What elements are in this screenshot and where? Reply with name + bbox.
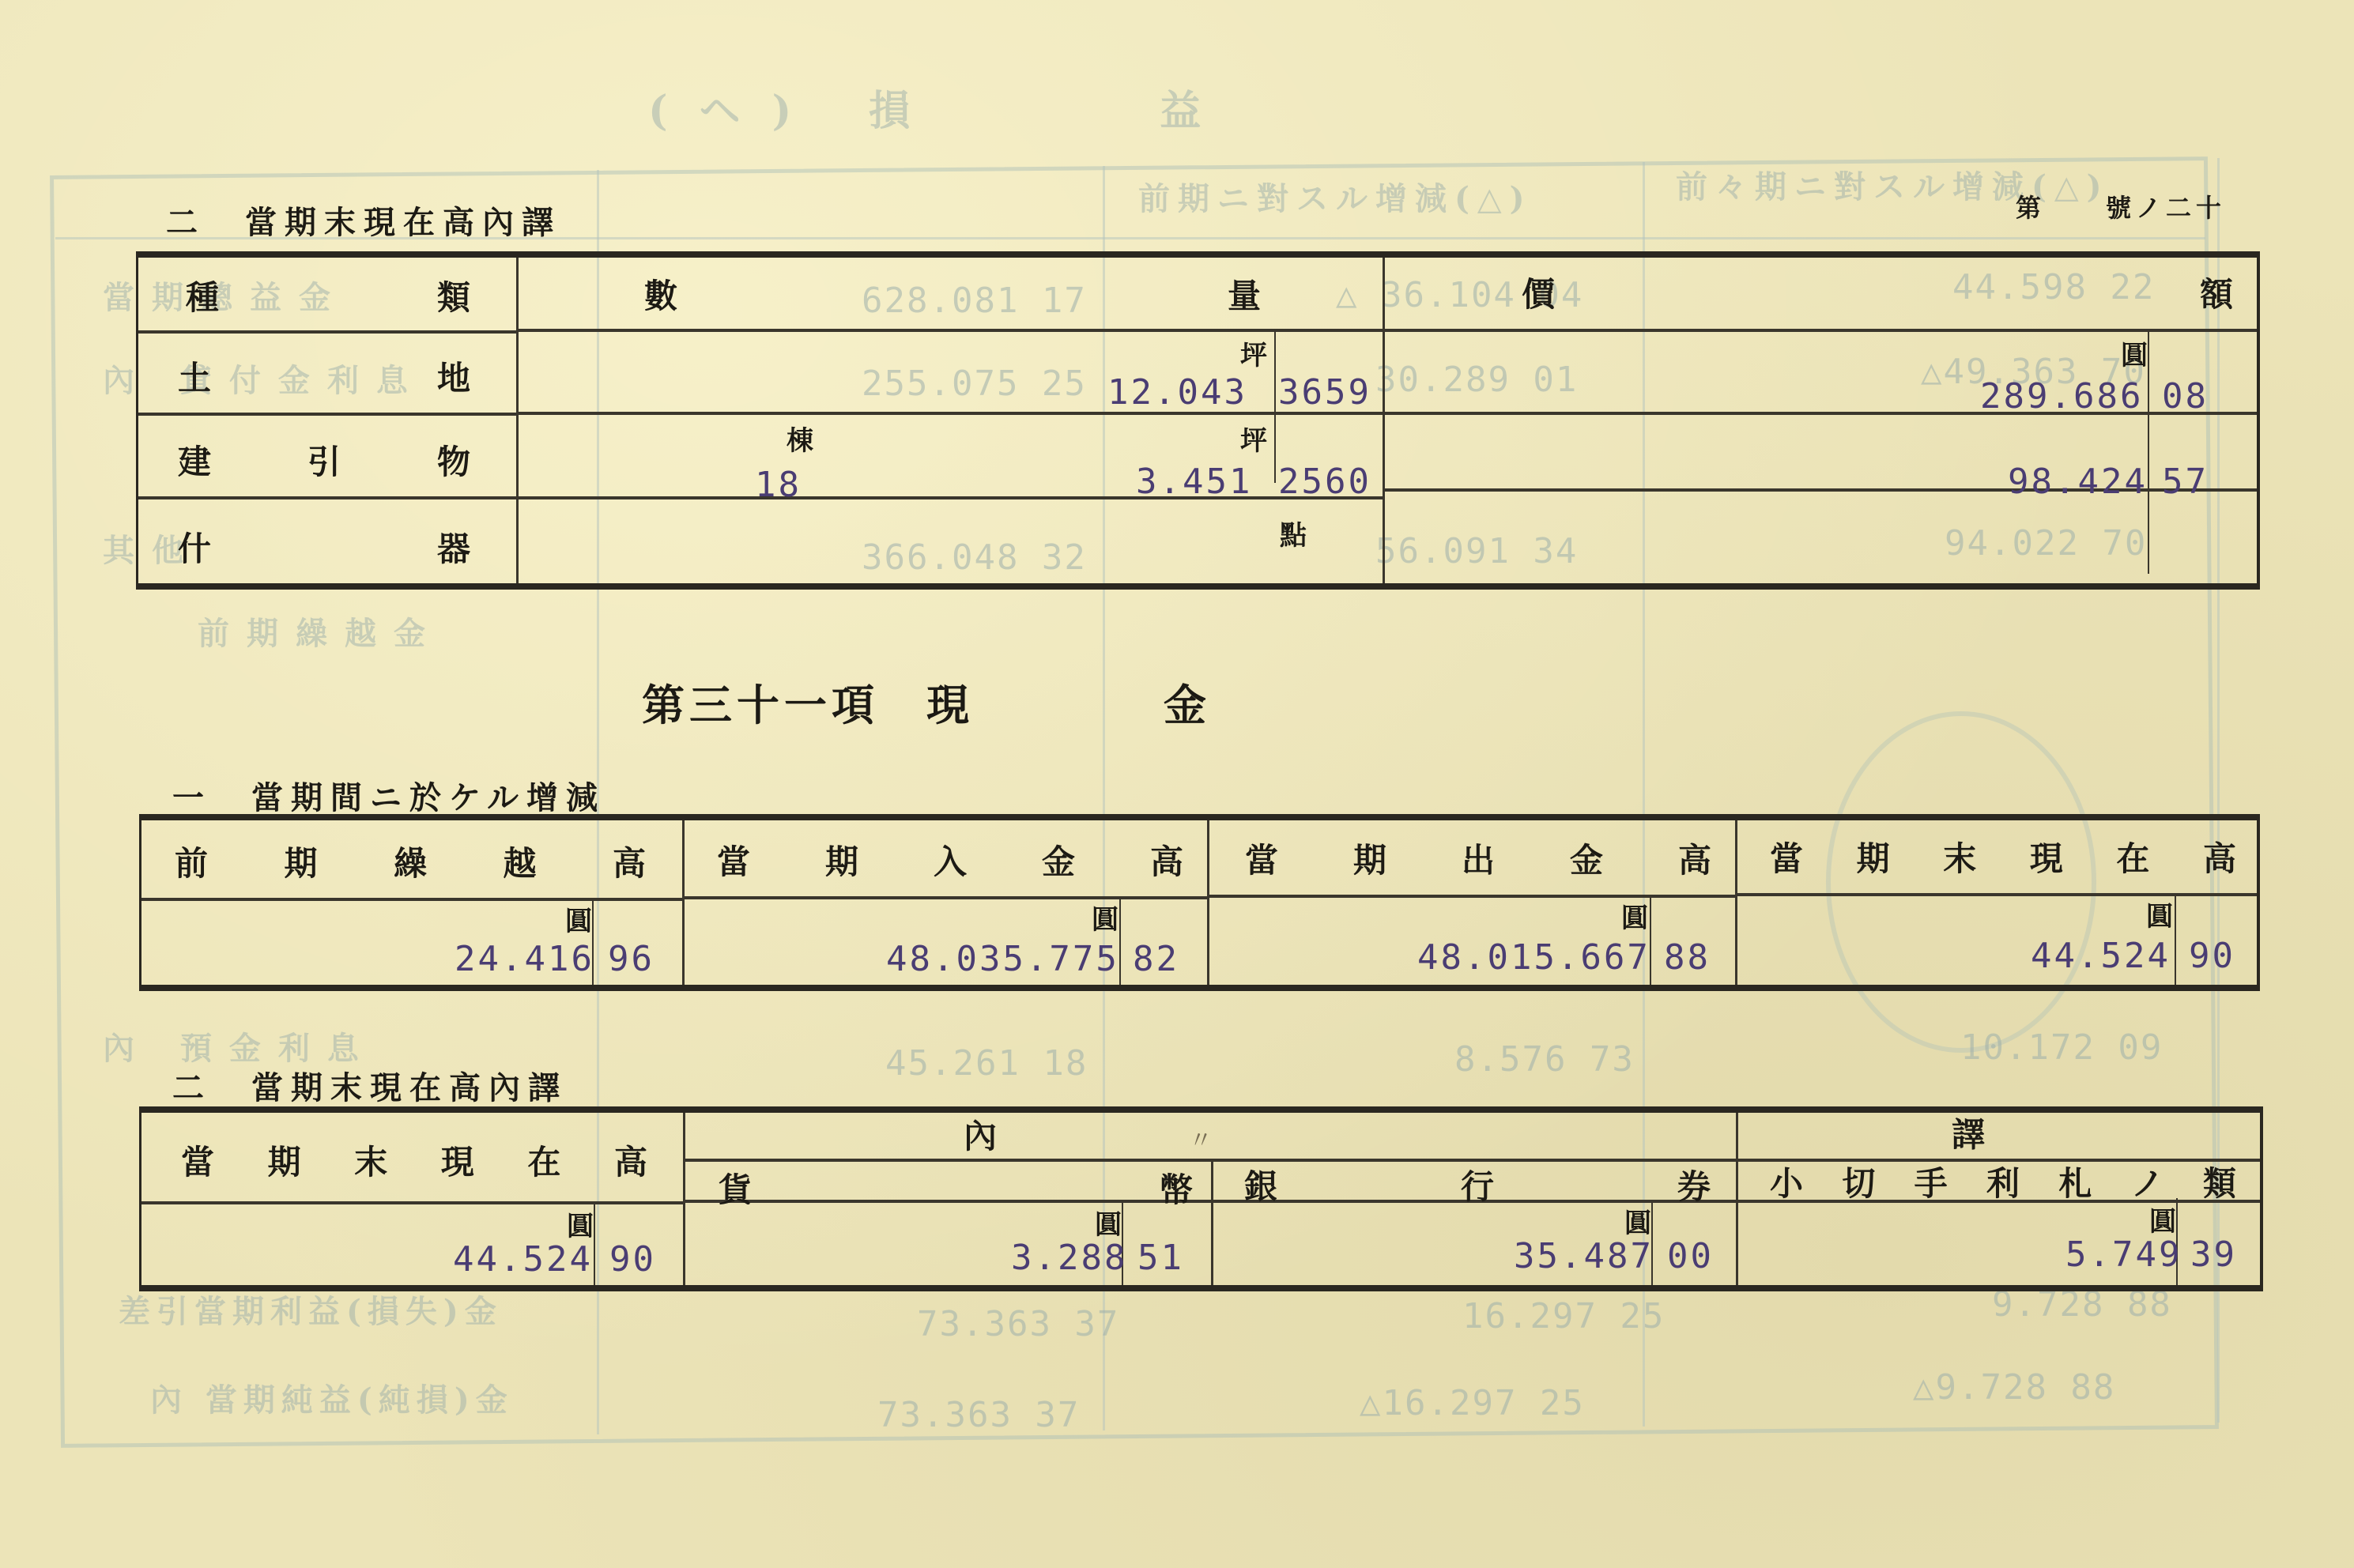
land-area-int: 12.043 bbox=[1107, 372, 1247, 413]
ending-balance-int: 44.524 bbox=[2031, 936, 2171, 976]
ghost-value: 73.363 37 bbox=[877, 1395, 1080, 1435]
buildings-area-frac: 2560 bbox=[1278, 462, 1371, 502]
ghost-label: 差引當期利益(損失)金 bbox=[119, 1287, 503, 1332]
ghost-label: 前期繰越金 bbox=[198, 609, 443, 654]
previous-balance-int: 24.416 bbox=[455, 939, 594, 979]
ending-total-frac: 90 bbox=[609, 1239, 656, 1280]
ending-total-int: 44.524 bbox=[453, 1239, 593, 1280]
unit-yen: 圓 bbox=[2146, 895, 2173, 933]
inventory-table: 種類 數量 價額 土地 坪 12.043 3659 圓 289.686 08 建… bbox=[136, 251, 2260, 590]
payments-int: 48.015.667 bbox=[1417, 937, 1650, 978]
ending-balance-frac: 90 bbox=[2189, 936, 2235, 976]
breakdown-group-label-inner: 內 bbox=[964, 1114, 997, 1154]
inventory-header-type: 種類 bbox=[186, 272, 470, 319]
previous-balance-frac: 96 bbox=[608, 939, 655, 979]
ghost-value: 10.172 09 bbox=[1960, 1027, 2163, 1068]
cheques-int: 5.749 bbox=[2065, 1234, 2182, 1275]
unit-yen: 圓 bbox=[567, 1204, 594, 1243]
unit-yen: 圓 bbox=[2121, 334, 2148, 372]
inventory-header-quantity: 數量 bbox=[644, 270, 1261, 318]
unit-yen: 圓 bbox=[1624, 1201, 1651, 1240]
ghost-value: 8.576 73 bbox=[1454, 1039, 1635, 1080]
ghost-value: 45.261 18 bbox=[885, 1043, 1088, 1084]
inventory-row-buildings-label: 建引物 bbox=[178, 436, 470, 484]
ghost-page-title: (ヘ) 損 益 bbox=[648, 77, 1232, 137]
payments-frac: 88 bbox=[1664, 937, 1711, 978]
col-header-previous-balance: 前期繰越高 bbox=[175, 838, 646, 885]
change-table: 前期繰越高 當期入金高 當期出金高 當期末現在高 圓 24.416 96 圓 4… bbox=[139, 814, 2260, 991]
breakdown-group-label-detail: 譯 bbox=[1952, 1113, 1985, 1152]
buildings-area-int: 3.451 bbox=[1136, 462, 1252, 502]
change-heading: 一 當期間ニ於ケル增減 bbox=[172, 773, 605, 818]
unit-yen: 圓 bbox=[1092, 898, 1119, 937]
receipts-int: 48.035.775 bbox=[886, 939, 1119, 979]
ghost-label: 內 預金利息 bbox=[103, 1023, 376, 1069]
unit-yen: 圓 bbox=[2149, 1200, 2176, 1238]
ghost-value: 16.297 25 bbox=[1462, 1296, 1665, 1336]
coins-frac: 51 bbox=[1137, 1238, 1184, 1278]
land-area-frac: 3659 bbox=[1278, 372, 1371, 413]
col-header-cheques: 小切手利札ノ類 bbox=[1770, 1162, 2236, 1201]
ghost-value: △16.297 25 bbox=[1360, 1383, 1585, 1423]
ghost-label: 內 當期純益(純損)金 bbox=[150, 1375, 514, 1420]
col-header-receipts: 當期入金高 bbox=[717, 836, 1183, 884]
unit-tsubo: 坪 bbox=[1240, 419, 1267, 458]
unit-buildings-count: 棟 bbox=[787, 419, 813, 458]
unit-tsubo: 坪 bbox=[1240, 334, 1267, 372]
unit-yen: 圓 bbox=[1095, 1203, 1122, 1242]
breakdown-table: 當期末現在高 內 譯 〃 貨幣 銀行券 小切手利札ノ類 圓 44.524 90 … bbox=[139, 1106, 2263, 1291]
inventory-heading: 二 當期末現在高內譯 bbox=[166, 198, 561, 243]
ghost-col-header-1: 前期ニ對スル增減(△) bbox=[1138, 174, 1533, 219]
ghost-value: △9.728 88 bbox=[1913, 1367, 2115, 1408]
ghost-value: 73.363 37 bbox=[917, 1304, 1119, 1344]
cash-item-title: 第三十一項 現 金 bbox=[642, 672, 1211, 733]
col-header-payments: 當期出金高 bbox=[1245, 835, 1711, 882]
coins-int: 3.288 bbox=[1011, 1238, 1127, 1278]
tick-mark: 〃 bbox=[1189, 1121, 1213, 1155]
inventory-header-value: 價額 bbox=[1522, 269, 2233, 316]
page-number: 第 號ノ二十 bbox=[2016, 188, 2226, 224]
buildings-count: 18 bbox=[755, 465, 802, 505]
cheques-frac: 39 bbox=[2190, 1234, 2237, 1275]
banknotes-int: 35.487 bbox=[1514, 1236, 1654, 1276]
unit-points: 點 bbox=[1280, 514, 1307, 552]
buildings-value-frac: 57 bbox=[2162, 462, 2209, 502]
land-value-int: 289.686 bbox=[1980, 376, 2143, 416]
unit-yen: 圓 bbox=[565, 899, 592, 938]
receipts-frac: 82 bbox=[1133, 939, 1179, 979]
col-header-coins: 貨幣 bbox=[719, 1168, 1193, 1208]
col-header-ending-balance-total: 當期末現在高 bbox=[181, 1136, 647, 1184]
land-value-frac: 08 bbox=[2162, 376, 2209, 416]
col-header-banknotes: 銀行券 bbox=[1244, 1165, 1711, 1204]
buildings-value-int: 98.424 bbox=[2008, 462, 2148, 502]
col-header-ending-balance: 當期末現在高 bbox=[1770, 833, 2236, 880]
inventory-row-land-label: 土地 bbox=[178, 352, 470, 400]
unit-yen: 圓 bbox=[1621, 896, 1648, 935]
inventory-row-fixtures-label: 什器 bbox=[178, 523, 470, 571]
banknotes-frac: 00 bbox=[1667, 1236, 1714, 1276]
breakdown-heading: 二 當期末現在高內譯 bbox=[172, 1063, 568, 1108]
